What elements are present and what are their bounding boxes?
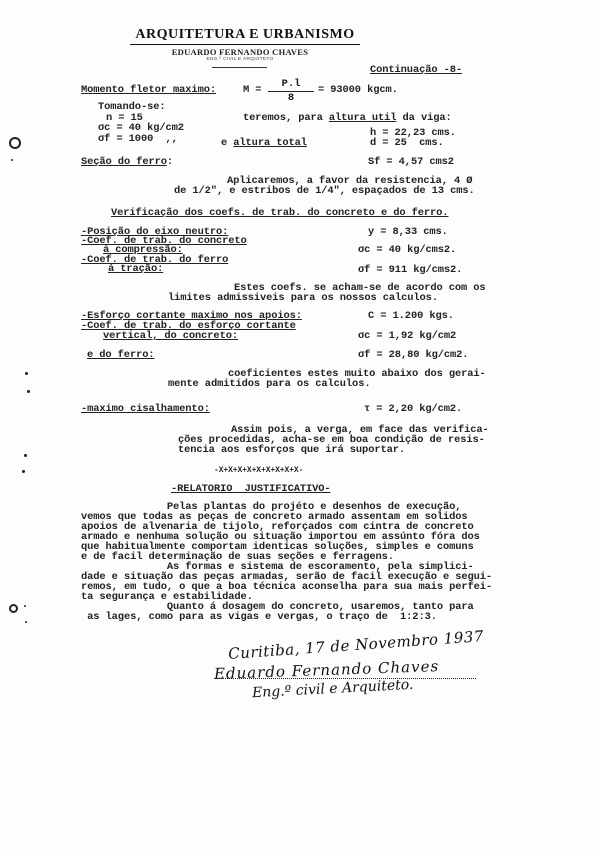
margin-mark: [11, 159, 13, 161]
verification-item-value: y = 8,33 cms.: [368, 227, 448, 238]
document-page: ARQUITETURA E URBANISMO EDUARDO FERNANDO…: [0, 0, 600, 849]
moment-numerator: P.l: [268, 79, 314, 92]
iron-section-value: Sf = 4,57 cms2: [368, 157, 454, 168]
margin-mark: [25, 372, 28, 375]
conclusion-line: tencia aos esforços que irá suportar.: [178, 445, 405, 456]
letterhead-title: ARQUITETURA E URBANISMO: [130, 27, 360, 45]
total-height-value: d = 25 cms.: [370, 138, 444, 149]
shear-item-value: σc = 1,92 kg/cm2: [358, 331, 456, 342]
apply-line-2: de 1/2", e estribos de 1/4", espaçados d…: [174, 186, 475, 197]
assumption-sigma-f: σf = 1000 ,,: [98, 134, 178, 145]
margin-mark: [25, 621, 27, 623]
total-prefix: e: [221, 137, 233, 149]
then-text: teremos, para altura util da viga:: [243, 113, 452, 124]
moment-result: = 93000 kgcm.: [318, 85, 398, 96]
shear-item-label: e do ferro:: [87, 350, 155, 361]
moment-label: Momento fletor maximo:: [81, 85, 216, 96]
verification-item-value: σc = 40 kg/cms2.: [358, 245, 456, 256]
signature-place-date: Curitiba, 17 de Novembro 1937: [228, 627, 485, 663]
moment-lhs: M =: [243, 85, 261, 96]
total-height-label: e altura total: [221, 138, 307, 149]
moment-denominator: 8: [268, 92, 314, 104]
report-line: as lages, como para as vigas e vergas, o…: [81, 612, 437, 623]
shear-item-label2: vertical, do concreto:: [103, 331, 238, 342]
then-pre: teremos, para: [243, 112, 329, 124]
verification-item-label2: á tração:: [108, 264, 163, 275]
letterhead-rule: [212, 67, 267, 68]
verification-item-value: σf = 911 kg/cms2.: [358, 265, 462, 276]
iron-section-label: Seção do ferro:: [81, 157, 173, 168]
signature-dotted-line: [214, 678, 476, 679]
shear-note-2: mente admitidos para os calculos.: [168, 379, 370, 390]
margin-mark: [24, 454, 27, 457]
verification-note-2: limites admissiveis para os nossos calcu…: [168, 293, 438, 304]
total-label-text: altura total: [233, 137, 307, 149]
then-post: da viga:: [396, 112, 451, 124]
max-shear-value: τ = 2,20 kg/cm2.: [364, 404, 462, 415]
report-heading: -RELATORIO JUSTIFICATIVO-: [171, 484, 331, 495]
punch-hole-mark: [9, 604, 18, 613]
shear-item-value: σf = 28,80 kg/cm2.: [358, 350, 468, 361]
margin-mark: [24, 605, 26, 607]
letterhead-role: ENG.º CIVIL E ARQUITETO: [170, 57, 310, 62]
separator: -X+X+X+X+X+X+X+X+X-: [214, 465, 303, 476]
punch-hole-mark: [9, 137, 21, 149]
max-shear-label: -maximo cisalhamento:: [81, 404, 210, 415]
page-label: Continuação -8-: [370, 65, 462, 76]
iron-section-label-text: Seção do ferro: [81, 156, 167, 168]
letterhead-name: EDUARDO FERNANDO CHAVES: [150, 47, 330, 57]
margin-mark: [27, 390, 30, 393]
verification-heading: Verificação dos coefs. de trab. do concr…: [111, 208, 448, 219]
shear-item-value: C = 1.200 kgs.: [368, 311, 454, 322]
moment-fraction: P.l 8: [268, 79, 314, 104]
then-underlined: altura util: [329, 112, 397, 124]
margin-mark: [22, 470, 25, 473]
